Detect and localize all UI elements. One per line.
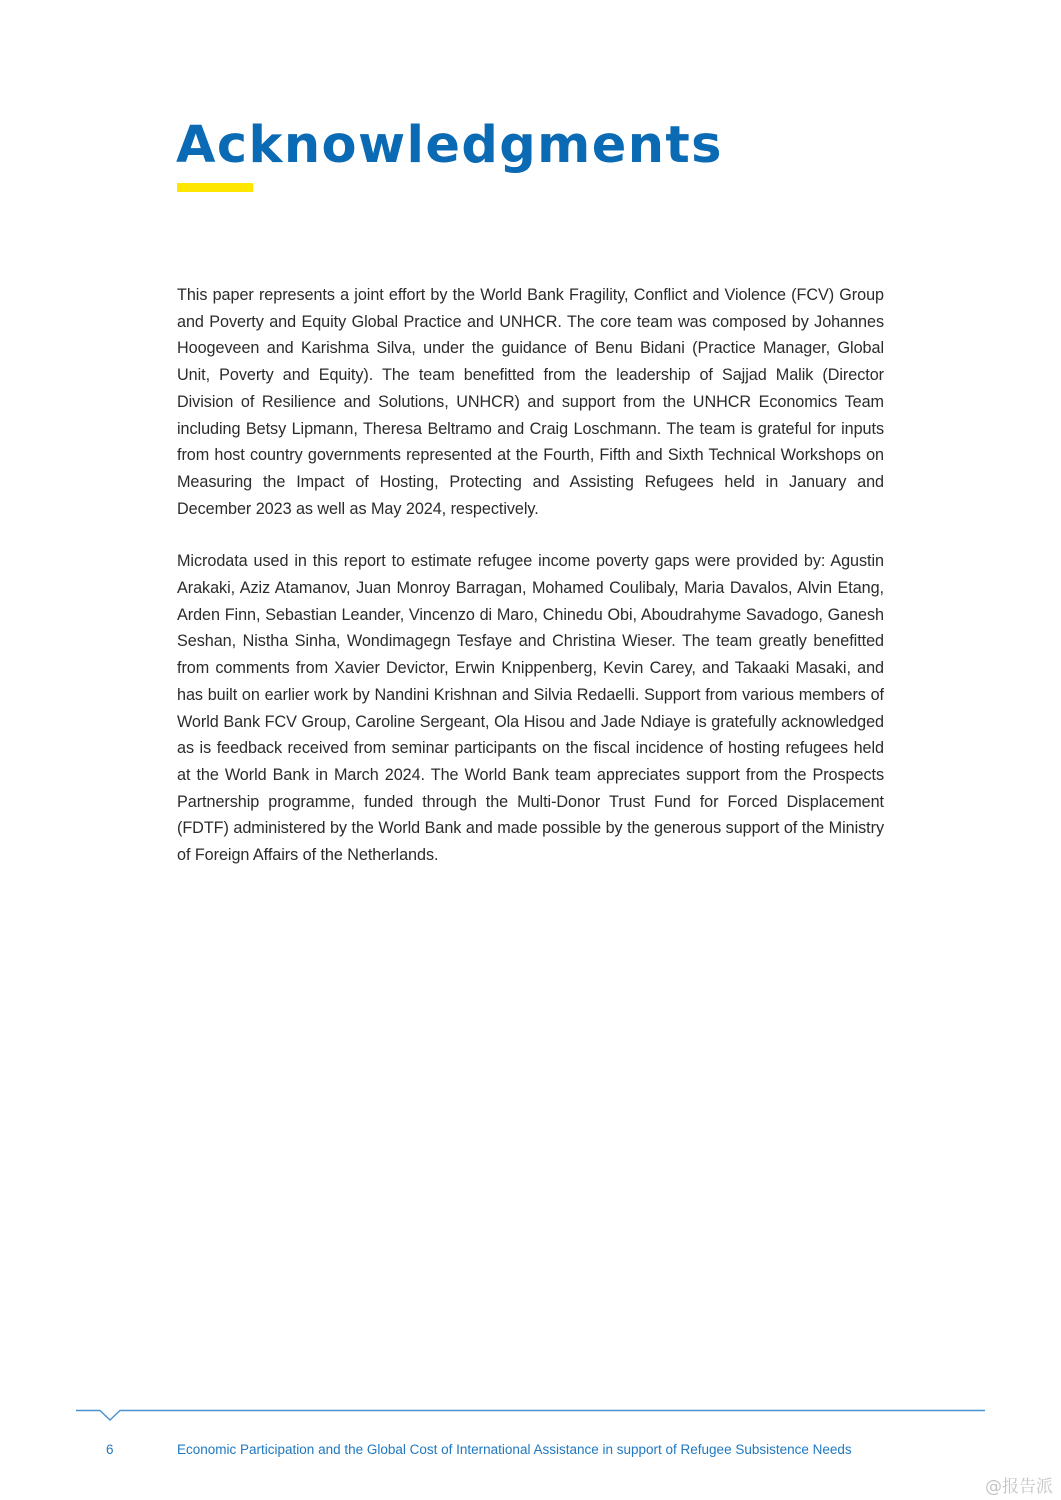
page-title: Acknowledgments <box>176 114 723 178</box>
footer-divider-with-notch <box>76 1409 985 1431</box>
title-underline-accent <box>177 183 253 192</box>
acknowledgments-body: This paper represents a joint effort by … <box>177 282 884 895</box>
watermark: @报告派 <box>985 1476 1053 1498</box>
paragraph-microdata-contributors: Microdata used in this report to estimat… <box>177 548 884 868</box>
running-title: Economic Participation and the Global Co… <box>177 1441 852 1459</box>
paragraph-core-team: This paper represents a joint effort by … <box>177 282 884 522</box>
page-number: 6 <box>106 1441 114 1459</box>
